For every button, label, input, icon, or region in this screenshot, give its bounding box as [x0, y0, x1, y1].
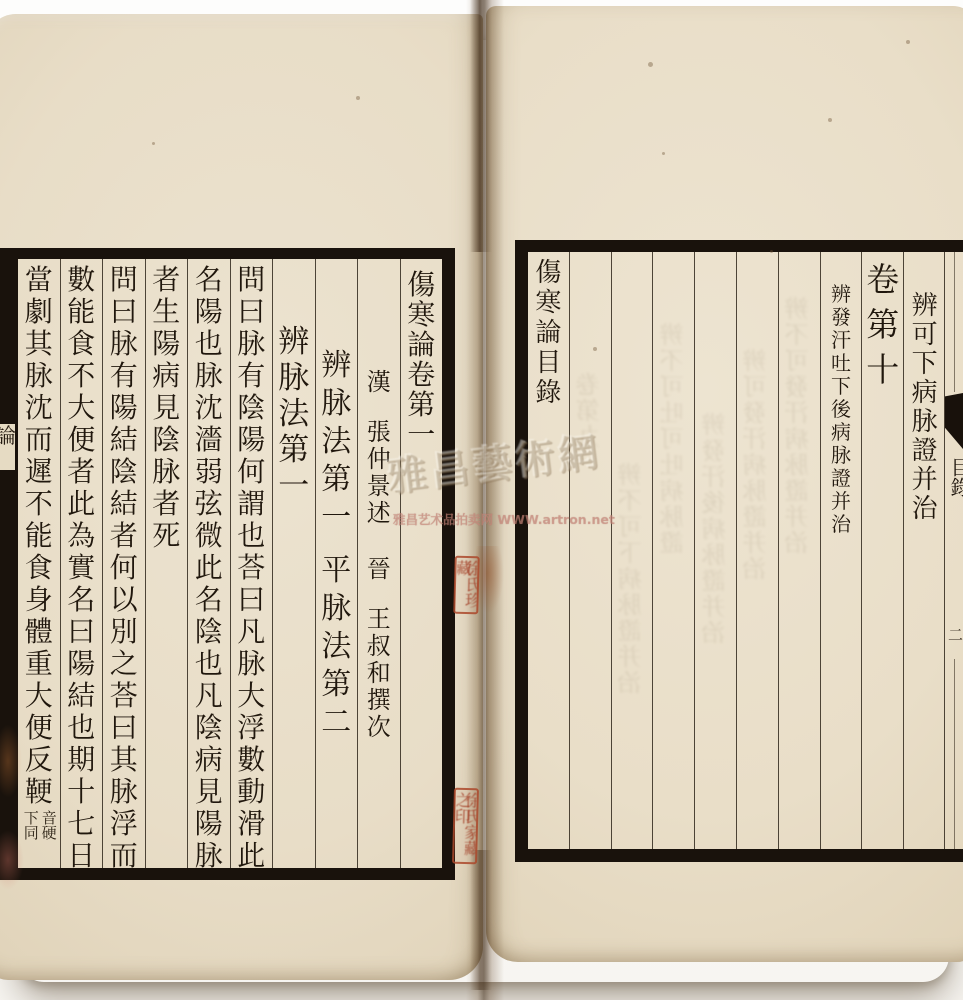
- body-column: 名陽也脉沈濇弱弦微此名陰也凡陰病見陽脉: [187, 259, 230, 868]
- left-page-frame: 傷寒論卷第一漢張仲景述晉王叔和撰次辨脉法第一平脉法第二辨脉法第一問曰脉有陰陽何謂…: [0, 248, 455, 880]
- seal-glyphs: 徐氏珍藏: [456, 560, 477, 611]
- book-photo: 辨可下病脉證并治卷第十辨發汗吐下後病脉證并治辨不可發汗病脉證并治辨可發汗病脉證并…: [0, 0, 963, 1000]
- foxing-speck: [356, 96, 360, 100]
- toc-entry-fahan-tuxia: 辨發汗吐下後病脉證并治: [820, 252, 862, 849]
- foxing-speck: [662, 152, 665, 155]
- seal-glyphs: 徐氏家藏之印: [455, 792, 477, 861]
- show-through-ghost-text: 辨不可下病脉證并治: [617, 462, 647, 696]
- collector-seal-lower: 徐氏家藏之印: [452, 788, 479, 865]
- glyph: 一: [316, 495, 358, 533]
- show-through-ghost-text: 辨發汗後病脉證并治: [701, 412, 731, 646]
- glyph: 卷: [862, 255, 903, 300]
- foxing-speck: [152, 142, 155, 145]
- glyph: 脉: [316, 381, 358, 419]
- body-column: 問曰脉有陰陽何謂也荅曰凡脉大浮數動滑此: [230, 259, 273, 868]
- empty-column: 辨不可吐可吐病脉證: [652, 252, 694, 849]
- glyph: 二: [316, 700, 358, 738]
- glyph: 漢: [358, 366, 400, 393]
- empty-column: 辨不可發汗病脉證并治: [778, 252, 820, 849]
- glyph: 目: [528, 345, 569, 375]
- closing-title: 傷寒論目錄: [528, 252, 569, 849]
- empty-column: 卷第九: [569, 252, 611, 849]
- glyph: 述: [358, 497, 400, 524]
- right-page-frame: 辨可下病脉證并治卷第十辨發汗吐下後病脉證并治辨不可發汗病脉證并治辨可發汗病脉證并…: [515, 240, 963, 862]
- empty-column: 辨可發汗病脉證并治: [736, 252, 778, 849]
- ear-character: 論: [0, 424, 15, 448]
- left-page-columns: 傷寒論卷第一漢張仲景述晉王叔和撰次辨脉法第一平脉法第二辨脉法第一問曰脉有陰陽何謂…: [18, 259, 442, 868]
- glyph: 而: [103, 838, 145, 870]
- folio-page-number: 二: [948, 624, 963, 645]
- glyph: 辨: [316, 343, 358, 381]
- toc-entry-kexia: 辨可下病脉證并治: [903, 252, 945, 849]
- foxing-speck: [593, 347, 597, 351]
- volume-heading: 卷第十: [861, 252, 903, 849]
- glyph: 日: [61, 838, 103, 870]
- glyph: 十: [862, 345, 903, 390]
- foxing-speck: [838, 472, 841, 475]
- collector-seal-upper: 徐氏珍藏: [453, 556, 480, 615]
- body-column: 問曰脉有陽結陰結者何以別之荅曰其脉浮而: [102, 259, 145, 868]
- glyph: 傷: [528, 255, 569, 285]
- glyph: 法: [316, 624, 358, 662]
- glyph: 此: [231, 838, 273, 870]
- right-page-columns: 辨可下病脉證并治卷第十辨發汗吐下後病脉證并治辨不可發汗病脉證并治辨可發汗病脉證并…: [528, 252, 945, 849]
- show-through-ghost-text: 卷第九: [575, 372, 605, 450]
- glyph: 第: [316, 457, 358, 495]
- glyph: 晉: [358, 553, 400, 580]
- glyph: 錄: [528, 375, 569, 405]
- glyph: 法: [316, 419, 358, 457]
- attribution: 漢張仲景述晉王叔和撰次: [357, 259, 400, 868]
- section-heading: 辨脉法第一: [272, 259, 315, 868]
- glyph: 治: [904, 492, 945, 521]
- glyph: 一: [273, 464, 315, 500]
- glyph: 一: [401, 418, 443, 448]
- foxing-speck: [648, 62, 653, 67]
- glyph: 平: [316, 548, 358, 586]
- folio-chapter-label: 目錄: [947, 457, 963, 497]
- inline-annotation: 音硬下同: [18, 810, 60, 840]
- foxing-speck: [828, 118, 832, 122]
- glyph: 論: [528, 315, 569, 345]
- empty-column: 辨不可下病脉證并治: [611, 252, 653, 849]
- show-through-ghost-text: 辨不可發汗病脉證并治: [784, 296, 814, 556]
- glyph: 治: [821, 511, 862, 534]
- foxing-speck: [906, 40, 910, 44]
- volume-title: 傷寒論卷第一: [400, 259, 443, 868]
- body-column: 者生陽病見陰脉者死: [145, 259, 188, 868]
- fishtail-mark-icon: [945, 393, 963, 449]
- centerfold-strip: 目錄 二: [944, 252, 963, 849]
- page-ear: 論: [0, 424, 15, 470]
- body-column: 數能食不大便者此為實名曰陽結也期十七日: [60, 259, 103, 868]
- glyph: 第: [862, 300, 903, 345]
- glyph: 死: [146, 518, 188, 550]
- foxing-speck: [770, 250, 773, 253]
- glyph: 次: [358, 711, 400, 738]
- glyph: 脉: [188, 838, 230, 870]
- glyph: 鞕: [18, 774, 60, 806]
- contents-line: 辨脉法第一平脉法第二: [315, 259, 358, 868]
- show-through-ghost-text: 辨可發汗病脉證并治: [742, 348, 772, 582]
- glyph: 脉: [316, 586, 358, 624]
- glyph: 第: [316, 662, 358, 700]
- empty-column: 辨發汗後病脉證并治: [694, 252, 736, 849]
- show-through-ghost-text: 辨不可吐可吐病脉證: [659, 322, 689, 556]
- glyph: 寒: [528, 285, 569, 315]
- body-column: 當劇其脉沈而遲不能食身體重大便反鞕音硬下同: [18, 259, 60, 868]
